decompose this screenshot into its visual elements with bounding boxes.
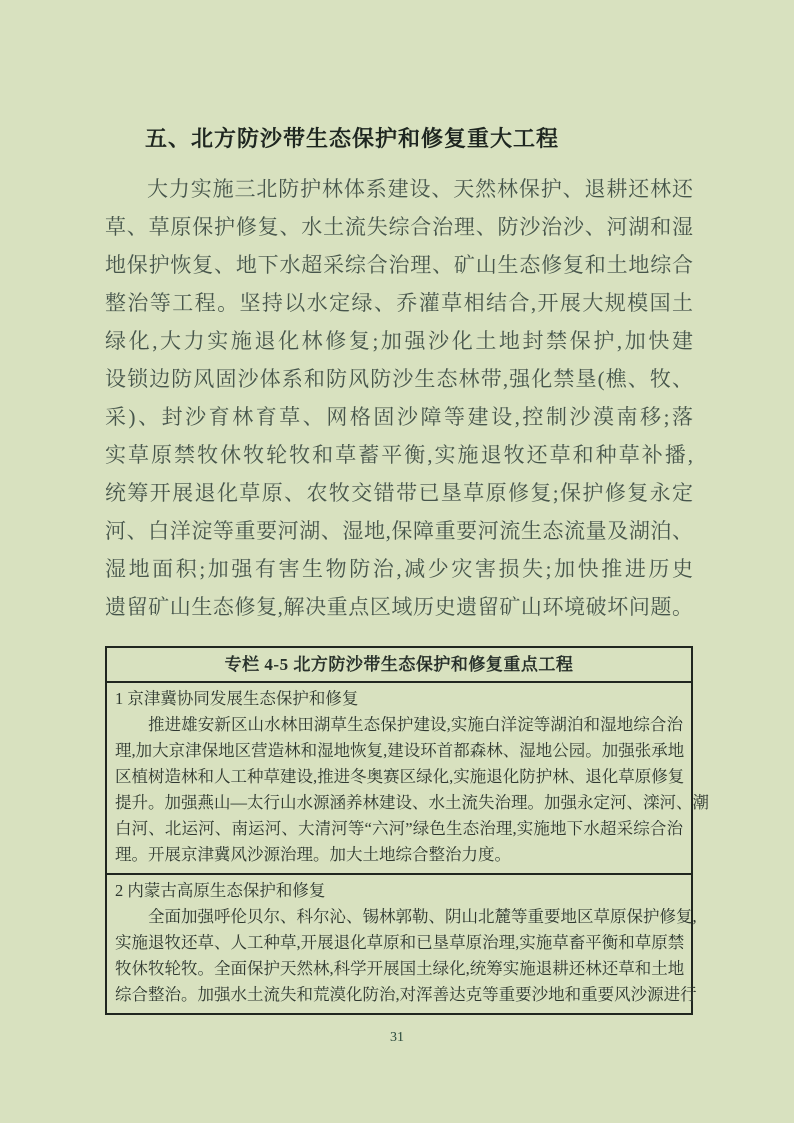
text-line: 实施退牧还草、人工种草,开展退化草原和已垦草原治理,实施草畜平衡和草原禁 [115, 930, 683, 956]
text-line: 遗留矿山生态修复,解决重点区域历史遗留矿山环境破坏问题。 [105, 588, 693, 626]
text-line: 统筹开展退化草原、农牧交错带已垦草原修复;保护修复永定 [105, 474, 693, 512]
text-line: 综合整治。加强水土流失和荒漠化防治,对浑善达克等重要沙地和重要风沙源进行 [115, 982, 683, 1008]
text-line: 理。开展京津冀风沙源治理。加大土地综合整治力度。 [115, 842, 683, 868]
text-line: 实草原禁牧休牧轮牧和草蓄平衡,实施退牧还草和种草补播, [105, 436, 693, 474]
text-line: 提升。加强燕山—太行山水源涵养林建设、水土流失治理。加强永定河、滦河、潮 [115, 790, 683, 816]
box-section-1-heading: 1 京津冀协同发展生态保护和修复 [115, 686, 683, 712]
box-section-1-body: 推进雄安新区山水林田湖草生态保护建设,实施白洋淀等湖泊和湿地综合治理,加大京津保… [115, 712, 683, 868]
box-section-2: 2 内蒙古高原生态保护和修复 全面加强呼伦贝尔、科尔沁、锡林郭勒、阴山北麓等重要… [107, 873, 691, 1013]
box-section-1: 1 京津冀协同发展生态保护和修复 推进雄安新区山水林田湖草生态保护建设,实施白洋… [107, 683, 691, 873]
body-paragraph: 大力实施三北防护林体系建设、天然林保护、退耕还林还草、草原保护修复、水土流失综合… [105, 170, 693, 626]
highlight-box: 专栏 4-5 北方防沙带生态保护和修复重点工程 1 京津冀协同发展生态保护和修复… [105, 646, 693, 1015]
page-number: 31 [0, 1030, 794, 1046]
text-line: 牧休牧轮牧。全面保护天然林,科学开展国土绿化,统筹实施退耕还林还草和土地 [115, 956, 683, 982]
text-line: 草、草原保护修复、水土流失综合治理、防沙治沙、河湖和湿 [105, 208, 693, 246]
text-line: 设锁边防风固沙体系和防风防沙生态林带,强化禁垦(樵、牧、 [105, 360, 693, 398]
text-line: 采)、封沙育林育草、网格固沙障等建设,控制沙漠南移;落 [105, 398, 693, 436]
text-line: 地保护恢复、地下水超采综合治理、矿山生态修复和土地综合 [105, 246, 693, 284]
highlight-box-title: 专栏 4-5 北方防沙带生态保护和修复重点工程 [107, 648, 691, 683]
text-line: 白河、北运河、南运河、大清河等“六河”绿色生态治理,实施地下水超采综合治 [115, 816, 683, 842]
text-line: 推进雄安新区山水林田湖草生态保护建设,实施白洋淀等湖泊和湿地综合治 [115, 712, 683, 738]
box-section-2-heading: 2 内蒙古高原生态保护和修复 [115, 878, 683, 904]
document-page: 五、北方防沙带生态保护和修复重大工程 大力实施三北防护林体系建设、天然林保护、退… [0, 0, 794, 1123]
text-line: 湿地面积;加强有害生物防治,减少灾害损失;加快推进历史 [105, 550, 693, 588]
text-line: 全面加强呼伦贝尔、科尔沁、锡林郭勒、阴山北麓等重要地区草原保护修复, [115, 904, 683, 930]
text-line: 整治等工程。坚持以水定绿、乔灌草相结合,开展大规模国土 [105, 284, 693, 322]
text-line: 理,加大京津保地区营造林和湿地恢复,建设环首都森林、湿地公园。加强张承地 [115, 738, 683, 764]
text-line: 区植树造林和人工种草建设,推进冬奥赛区绿化,实施退化防护林、退化草原修复 [115, 764, 683, 790]
text-line: 大力实施三北防护林体系建设、天然林保护、退耕还林还 [105, 170, 693, 208]
text-line: 绿化,大力实施退化林修复;加强沙化土地封禁保护,加快建 [105, 322, 693, 360]
box-section-2-body: 全面加强呼伦贝尔、科尔沁、锡林郭勒、阴山北麓等重要地区草原保护修复,实施退牧还草… [115, 904, 683, 1008]
text-line: 河、白洋淀等重要河湖、湿地,保障重要河流生态流量及湖泊、 [105, 512, 693, 550]
section-title: 五、北方防沙带生态保护和修复重大工程 [105, 124, 693, 154]
page-content: 五、北方防沙带生态保护和修复重大工程 大力实施三北防护林体系建设、天然林保护、退… [105, 124, 693, 1015]
